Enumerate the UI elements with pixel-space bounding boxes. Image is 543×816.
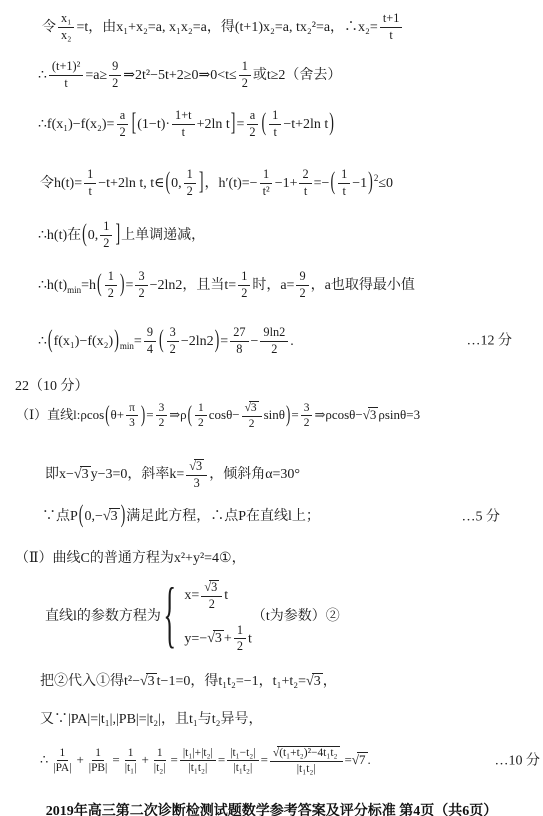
solution-step-6: ∴h(t)min=h(12)=32−2ln2，且当t=12时，a=92，a也取得… <box>38 270 415 301</box>
math-formula: ∴f(x₁)−f(x₂)=a2[(1−t)·1+tt+2ln t]=a2(1t−… <box>38 117 335 132</box>
part-ii-step-3: 把②代入①得t²−√3t−1=0，得t₁t₂=−1，t₁+t₂=√3， <box>40 673 337 691</box>
math-formula: ∴h(t)在(0,12]上单调递减， <box>38 228 205 243</box>
part-i-step-3: ∵点P(0,−√3)满足此方程，∴点P在直线l上；…5 分 <box>42 508 500 526</box>
solution-step-4: 令h(t)=1t−t+2ln t, t∈(0,12]，h′(t)=−1t²−1+… <box>40 168 393 199</box>
math-formula: ∴(t+1)²t=a≥92⇒2t²−5t+2≥0⇒0<t≤12或t≥2（舍去） <box>38 68 341 83</box>
solution-step-1: 令x₁x₂=t，由x₁+x₂=a, x₁x₂=a，得(t+1)x₂=a, tx₂… <box>42 12 404 43</box>
math-formula: ∵点P(0,−√3)满足此方程，∴点P在直线l上； <box>42 509 320 524</box>
part-ii-final-step: ∴1|PA|+1|PB|=1|t₁|+1|t₂|=|t₁|+|t₂||t₁t₂|… <box>40 746 540 776</box>
math-formula: 直线l的参数方程为{x=√32ty=−√3+12t（t为参数）② <box>45 609 340 624</box>
score-marker-12: …12 分 <box>467 333 513 351</box>
math-formula: 22（10 分） <box>15 379 89 394</box>
part-ii-step-1: （Ⅱ）曲线C的普通方程为x²+y²=4①， <box>15 550 246 568</box>
score-marker-10: …10 分 <box>495 752 541 770</box>
math-formula: ∴h(t)min=h(12)=32−2ln2，且当t=12时，a=92，a也取得… <box>38 278 415 293</box>
part-ii-step-4: 又∵|PA|=|t₁|,|PB|=|t₂|，且t₁与t₂异号， <box>40 711 263 729</box>
solution-step-5: ∴h(t)在(0,12]上单调递减， <box>38 220 205 251</box>
solution-step-3: ∴f(x₁)−f(x₂)=a2[(1−t)·1+tt+2ln t]=a2(1t−… <box>38 109 335 140</box>
solution-step-2: ∴(t+1)²t=a≥92⇒2t²−5t+2≥0⇒0<t≤12或t≥2（舍去） <box>38 60 341 91</box>
problem-22-header: 22（10 分） <box>15 378 89 396</box>
math-formula: 令x₁x₂=t，由x₁+x₂=a, x₁x₂=a，得(t+1)x₂=a, tx₂… <box>42 20 404 35</box>
page-footer: 2019年高三第二次诊断检测试题数学参考答案及评分标准 第4页（共6页） <box>0 805 543 816</box>
math-formula: 又∵|PA|=|t₁|,|PB|=|t₂|，且t₁与t₂异号， <box>40 712 263 727</box>
math-formula: ∴1|PA|+1|PB|=1|t₁|+1|t₂|=|t₁|+|t₂||t₁t₂|… <box>40 752 371 767</box>
part-i-step-2: 即x−√3y−3=0，斜率k=√33，倾斜角α=30° <box>45 459 300 491</box>
math-formula: 即x−√3y−3=0，斜率k=√33，倾斜角α=30° <box>45 467 300 482</box>
math-formula: 把②代入①得t²−√3t−1=0，得t₁t₂=−1，t₁+t₂=√3， <box>40 674 337 689</box>
math-formula: ∴(f(x₁)−f(x₂))min=94(32−2ln2)=278−9ln22. <box>38 334 294 349</box>
math-formula: （Ⅰ）直线l:ρcos(θ+π3)=32⇒ρ(12cosθ−√32sinθ)=3… <box>16 407 420 422</box>
math-formula: 令h(t)=1t−t+2ln t, t∈(0,12]，h′(t)=−1t²−1+… <box>40 176 393 191</box>
document-page: 令x₁x₂=t，由x₁+x₂=a, x₁x₂=a，得(t+1)x₂=a, tx₂… <box>0 0 543 816</box>
score-marker-5: …5 分 <box>462 508 501 526</box>
part-ii-parametric-equations: 直线l的参数方程为{x=√32ty=−√3+12t（t为参数）② <box>45 580 340 654</box>
math-formula: （Ⅱ）曲线C的普通方程为x²+y²=4①， <box>15 551 246 566</box>
part-i-step-1: （Ⅰ）直线l:ρcos(θ+π3)=32⇒ρ(12cosθ−√32sinθ)=3… <box>16 401 420 431</box>
solution-step-7: ∴(f(x₁)−f(x₂))min=94(32−2ln2)=278−9ln22.… <box>38 326 512 357</box>
